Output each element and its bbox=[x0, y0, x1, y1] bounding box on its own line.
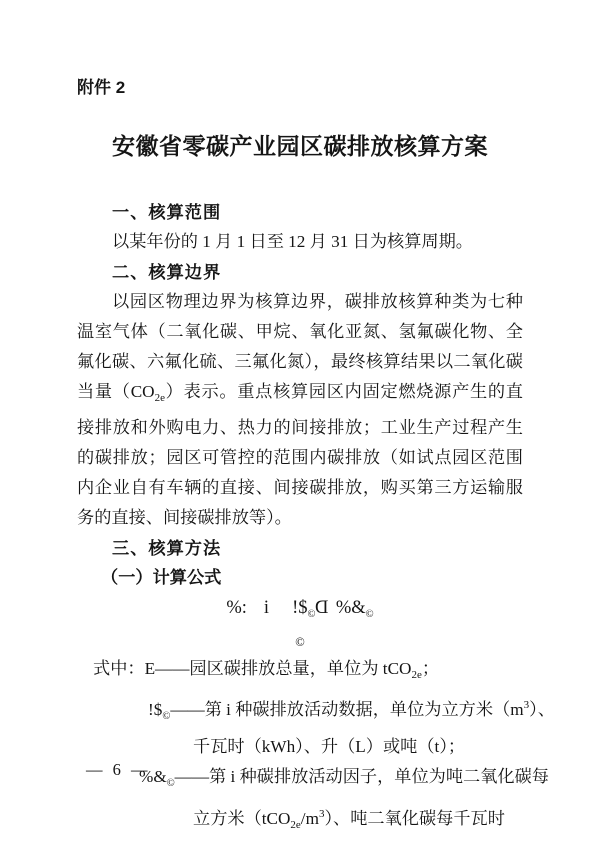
formula-term-ef: %& bbox=[336, 598, 366, 618]
definition-fu-tail: ）、吨二氧化碳每千瓦时 bbox=[324, 809, 504, 828]
definition-fu-mid: /m bbox=[301, 809, 319, 828]
definition-total-text: 式中：E——园区碳排放总量，单位为 tCO bbox=[93, 659, 411, 678]
definition-ad-tail: ）、 bbox=[529, 700, 555, 719]
definition-fu-subscript: 2e bbox=[290, 819, 300, 831]
formula-term-e: %: bbox=[226, 598, 247, 618]
co2e-subscript: 2e bbox=[155, 392, 165, 404]
definition-total-subscript: 2e bbox=[411, 669, 421, 681]
formula-sigma-index-glyph: © bbox=[77, 630, 523, 654]
definition-line-factor-units: 立方米（tCO2e/m3）、吨二氧化碳每千瓦时 bbox=[77, 799, 523, 840]
formula-mirrored-d-glyph: D bbox=[315, 593, 328, 623]
document-title: 安徽省零碳产业园区碳排放核算方案 bbox=[0, 131, 600, 161]
footer-page-number: — 6 — bbox=[86, 759, 151, 781]
document-body: 一、核算范围 以某年份的 1 月 1 日至 12 月 31 日为核算周期。 二、… bbox=[77, 197, 523, 840]
formula-term-ad: !$ bbox=[292, 598, 307, 618]
definition-ad-symbol: !$ bbox=[148, 700, 162, 719]
paragraph-boundary: 以园区物理边界为核算边界，碳排放核算种类为七种温室气体（二氧化碳、甲烷、氧化亚氮… bbox=[77, 287, 523, 533]
document-page: 附件 2 安徽省零碳产业园区碳排放核算方案 一、核算范围 以某年份的 1 月 1… bbox=[0, 0, 600, 848]
formula-term-ef-subscript: © bbox=[366, 609, 374, 620]
definition-ad-text: ——第 i 种碳排放活动数据，单位为立方米（m bbox=[170, 700, 523, 719]
paragraph-scope: 以某年份的 1 月 1 日至 12 月 31 日为核算周期。 bbox=[77, 227, 523, 257]
definition-total-tail: ； bbox=[422, 659, 439, 678]
definition-line-total: 式中：E——园区碳排放总量，单位为 tCO2e； bbox=[77, 654, 523, 690]
definition-ef-text: ——第 i 种碳排放活动因子，单位为吨二氧化碳每 bbox=[175, 767, 549, 786]
definition-line-units: 千瓦时（kWh）、升（L）或吨（t）； bbox=[77, 732, 523, 762]
section-heading-boundary: 二、核算边界 bbox=[77, 257, 523, 287]
definition-fu-text: 立方米（tCO bbox=[193, 809, 290, 828]
formula-term-i: i bbox=[264, 598, 269, 618]
definition-ef-symbol-subscript: © bbox=[167, 778, 175, 789]
section-heading-scope: 一、核算范围 bbox=[77, 197, 523, 227]
paragraph-boundary-text-2: ）表示。重点核算园区内固定燃烧源产生的直接排放和外购电力、热力的间接排放；工业生… bbox=[77, 382, 523, 527]
formula-equation: %:i!$©D%&© bbox=[77, 593, 523, 630]
section-heading-method: 三、核算方法 bbox=[77, 533, 523, 563]
subsection-heading-formula: （一）计算公式 bbox=[77, 563, 523, 593]
annex-label: 附件 2 bbox=[77, 77, 125, 99]
definition-line-activity-data: !$©——第 i 种碳排放活动数据，单位为立方米（m3）、 bbox=[77, 690, 523, 732]
